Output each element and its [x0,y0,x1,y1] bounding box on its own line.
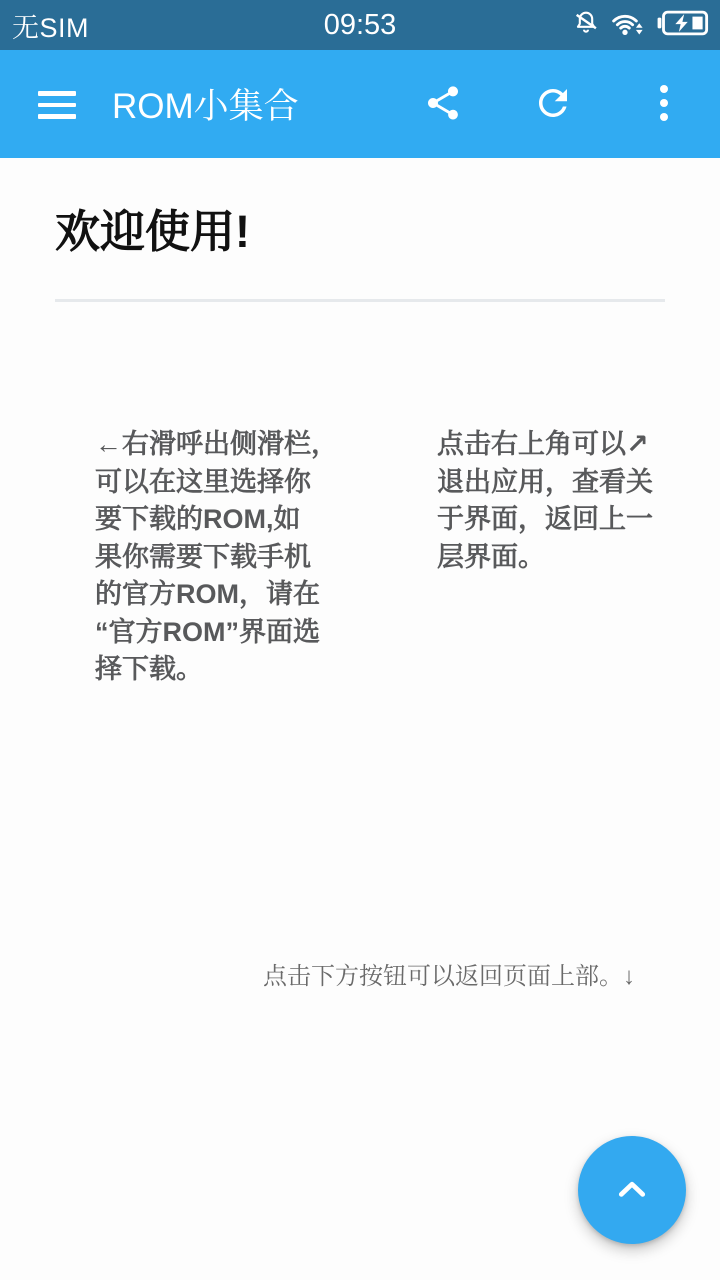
refresh-icon [532,82,574,127]
screen: 无SIM 09:53 [0,0,720,1280]
overflow-menu-button[interactable] [641,81,687,127]
left-tip-text: ←右滑呼出侧滑栏， 可以在这里选择你 要下载的ROM,如 果你需要下载手机 的官… [95,426,365,689]
battery-charging-icon [654,10,712,41]
scroll-to-top-fab[interactable] [578,1136,686,1244]
app-bar: ROM小集合 [0,50,720,158]
hamburger-icon [38,91,76,96]
status-bar: 无SIM 09:53 [0,0,720,50]
overflow-icon [658,84,670,125]
notifications-off-icon [572,9,600,42]
status-icons [572,0,712,50]
share-icon [423,83,463,126]
refresh-button[interactable] [530,81,576,127]
divider [55,299,665,302]
chevron-up-icon [617,1179,647,1202]
share-button[interactable] [420,81,466,127]
menu-button[interactable] [38,91,76,119]
wifi-icon [608,7,646,44]
right-tip-text: 点击右上角可以↗ 退出应用，查看关 于界面，返回上一 层界面。 [437,426,667,576]
app-title: ROM小集合 [112,50,299,158]
bottom-hint-text: 点击下方按钮可以返回页面上部。↓ [263,960,635,994]
page-title: 欢迎使用! [55,206,250,258]
